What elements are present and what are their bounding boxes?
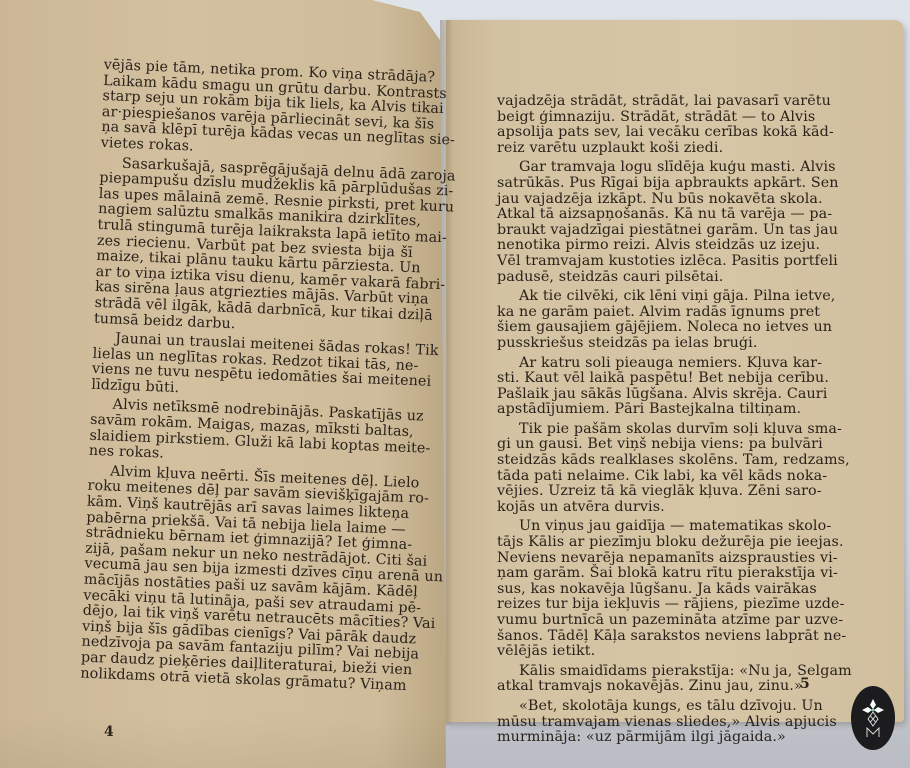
text-line: apsolija pats sev, lai vecāku cerības ko… [497,125,805,141]
text-line: padusē, steidzās cauri pilsētai. [497,270,805,286]
text-line: «Bet, skolotāja kungs, es tālu dzīvoju. … [497,699,805,715]
text-line: tāda pati nelaime. Cik labi, ka vēl kāds… [497,469,805,485]
left-page-number: 4 [104,724,114,740]
right-page-text: vajadzēja strādāt, strādāt, lai pavasarī… [497,94,805,746]
text-line: murmināja: «uz pārmijām ilgi jāgaida.» [497,730,805,746]
text-line: šanos. Tādēļ Kāļa sarakstos neviens labp… [497,629,805,645]
text-line: nenotika pirmo reizi. Alvis steidzās uz … [497,238,805,254]
text-line: Un viņus jau gaidīja — matematikas skolo… [497,519,805,535]
text-line: reizes tur bija iekļuvis — rājiens, piez… [497,597,805,613]
text-line: Ar katru soli pieauga nemiers. Kļuva kar… [497,356,805,372]
text-line: vajadzēja strādāt, strādāt, lai pavasarī… [497,94,805,110]
watermark-badge [851,686,895,750]
text-line: kojās un atvēra durvis. [497,500,805,516]
text-line: beigt ģimnaziju. Strādāt, strādāt — to A… [497,110,805,126]
left-page-text: vējās pie tām, netika prom. Ko viņa strā… [80,58,420,694]
text-line: Neviens nevarēja nepamanīts aizspraustie… [497,551,805,567]
text-line: vēlējās ietikt. [497,644,805,660]
text-line: satrūkās. Pus Rīgai bija apbraukts apkār… [497,176,805,192]
text-line: reiz varētu uzplaukt koši ziedi. [497,141,805,157]
text-line: Ak tie cilvēki, cik lēni viņi gāja. Piln… [497,289,805,305]
text-line: ka ne garām paiet. Alvim radās īgnums pr… [497,305,805,321]
open-book-photo: vējās pie tām, netika prom. Ko viņa strā… [0,0,910,768]
text-line: Gar tramvaja logu slīdēja kuģu masti. Al… [497,160,805,176]
text-line: šiem gausajiem gājējiem. Noleca no ietve… [497,320,805,336]
text-line: gi un gausi. Bet viņš nebija viens: pa b… [497,437,805,453]
text-line: Kālis smaidīdams pierakstīja: «Nu ja, Se… [497,664,805,680]
text-line: sti. Kaut vēl laikā paspētu! Bet nebija … [497,371,805,387]
text-line: jau vajadzēja izkāpt. Nu būs nokavēta sk… [497,192,805,208]
text-line: Pašlaik jau sākās lūgšana. Alvis skrēja.… [497,387,805,403]
text-line: Atkal tā aizsapņošanās. Kā nu tā varēja … [497,207,805,223]
flower-monogram-icon [858,695,888,741]
text-line: steidzās kāds realklases skolēns. Tam, r… [497,453,805,469]
text-line: tājs Kālis ar piezīmju bloku dežurēja pi… [497,535,805,551]
text-line: vumu burtnīcā un pazemināta atzīme par u… [497,613,805,629]
text-line: atkal tramvajs nokavējās. Zinu jau, zinu… [497,679,805,695]
right-page-number: 5 [800,676,810,692]
text-line: mūsu tramvajam vienas sliedes,» Alvis ap… [497,715,805,731]
text-line: pusskriešus steidzās pa ielas bruģi. [497,336,805,352]
text-line: braukt vajadzīgai piestātnei garām. Un t… [497,223,805,239]
text-line: ņam garām. Šai blokā katru rītu pierakst… [497,566,805,582]
text-line: vējies. Uzreiz tā kā vieglāk kļuva. Zēni… [497,484,805,500]
text-line: sus, kas nokavēja lūgšanu. Ja kāds vairā… [497,582,805,598]
left-page-shade [0,715,446,768]
text-line: Vēl tramvajam kustoties izlēca. Pasitis … [497,254,805,270]
text-line: apstādījumiem. Pāri Bastejkalna tiltiņam… [497,402,805,418]
